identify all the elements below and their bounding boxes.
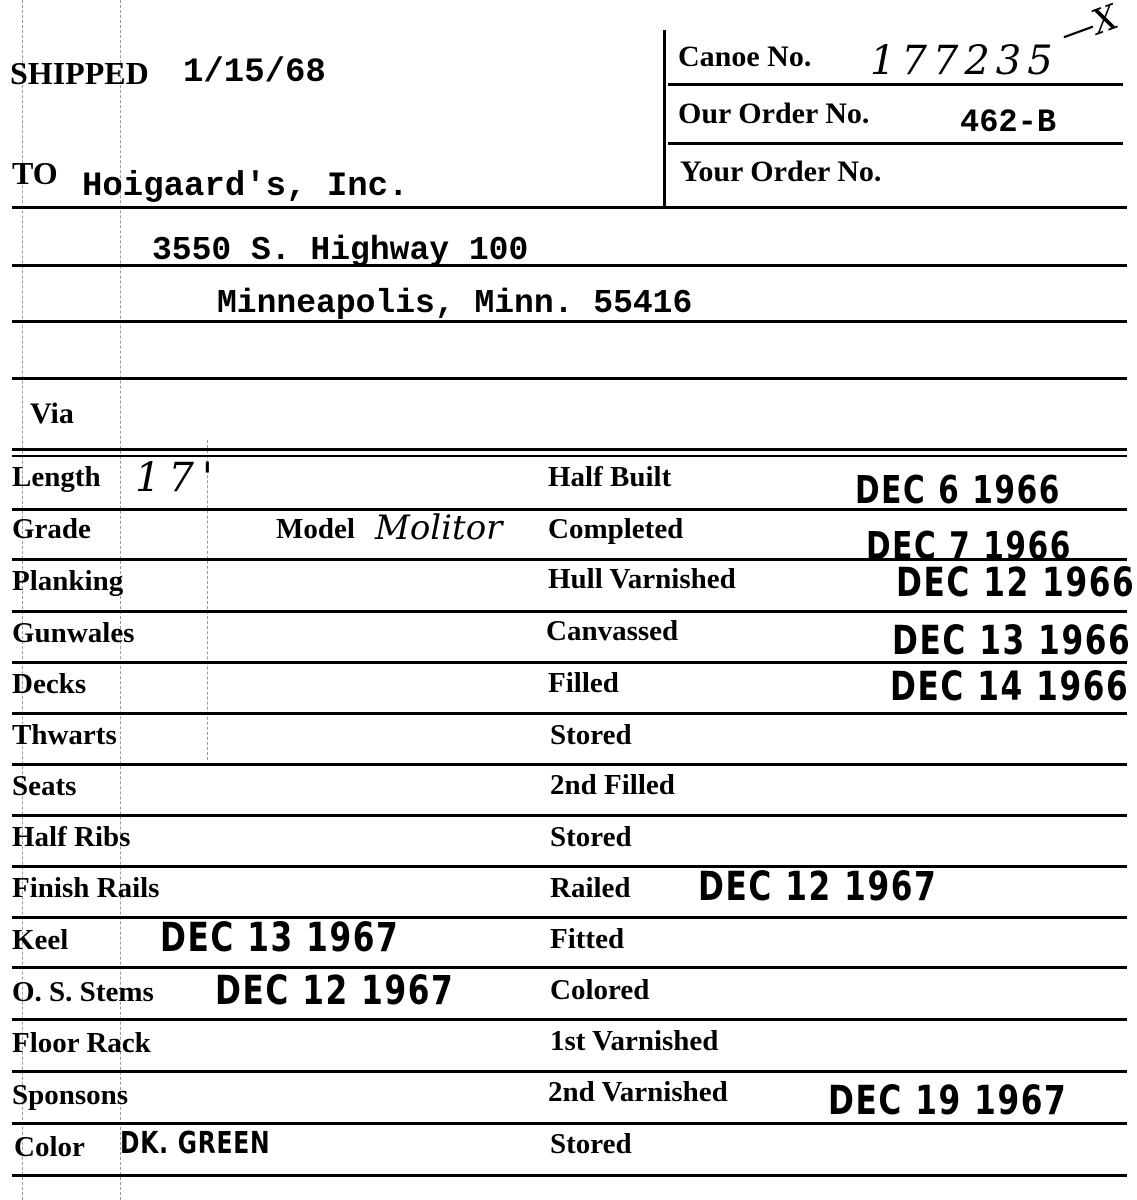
- model-value: Molitor: [375, 508, 502, 548]
- row-rule: [12, 508, 1127, 511]
- address-underline-2: [12, 320, 1127, 323]
- row-rule: [12, 712, 1127, 715]
- row-label-sponsons: Sponsons: [12, 1079, 128, 1112]
- row-rule: [12, 763, 1127, 766]
- row-label-floor-rack: Floor Rack: [12, 1027, 151, 1060]
- to-name: Hoigaard's, Inc.: [82, 168, 408, 206]
- row-label-filled: Filled: [548, 667, 619, 700]
- via-label: Via: [30, 397, 74, 431]
- row-rule: [12, 1018, 1127, 1021]
- row-label-keel: Keel: [12, 924, 68, 957]
- row-label-hull-varnished: Hull Varnished: [548, 563, 736, 596]
- row-label-half-ribs: Half Ribs: [12, 821, 130, 854]
- row-rule: [12, 916, 1127, 919]
- to-underline: [12, 206, 1127, 209]
- row-label-stored-3: Stored: [550, 1128, 632, 1161]
- row-rule: [12, 1174, 1127, 1177]
- half-built-date-stamp: DEC 6 1966: [855, 468, 1061, 512]
- hull-varnished-date-stamp: DEC 12 1966: [896, 560, 1135, 606]
- 2nd-varnished-date-stamp: DEC 19 1967: [828, 1078, 1067, 1124]
- address-underline-1: [12, 264, 1127, 267]
- row-label-thwarts: Thwarts: [12, 719, 117, 752]
- shipped-date: 1/15/68: [183, 54, 326, 92]
- address-line-2: Minneapolis, Minn. 55416: [217, 285, 692, 322]
- row-rule: [12, 1070, 1127, 1073]
- canoe-no-check-mark: —X: [1055, 0, 1123, 55]
- row-label-stored-2: Stored: [550, 821, 632, 854]
- shipped-label: SHIPPED: [10, 55, 149, 92]
- our-order-underline: [668, 142, 1123, 145]
- to-label: TO: [12, 155, 58, 192]
- model-label: Model: [276, 513, 355, 546]
- color-stamp: DK. GREEN: [120, 1126, 270, 1161]
- length-value: 17': [135, 455, 221, 501]
- row-label-canvassed: Canvassed: [546, 615, 678, 648]
- row-label-gunwales: Gunwales: [12, 617, 134, 650]
- row-label-finish-rails: Finish Rails: [12, 872, 159, 905]
- row-rule: [12, 814, 1127, 817]
- row-label-grade: Grade: [12, 513, 91, 546]
- row-rule: [12, 865, 1127, 868]
- row-rule: [12, 661, 1127, 664]
- row-label-2nd-filled: 2nd Filled: [550, 769, 675, 802]
- canoe-no-label: Canoe No.: [678, 40, 811, 74]
- row-label-railed: Railed: [550, 872, 631, 905]
- row-rule: [12, 1122, 1127, 1125]
- row-label-1st-varnished: 1st Varnished: [550, 1025, 718, 1058]
- row-label-stored-1: Stored: [550, 719, 632, 752]
- row-label-os-stems: O. S. Stems: [12, 976, 154, 1009]
- row-rule: [12, 558, 1127, 561]
- row-rule: [12, 966, 1127, 969]
- our-order-label: Our Order No.: [678, 97, 869, 131]
- os-stems-date-stamp: DEC 12 1967: [215, 968, 454, 1014]
- canvassed-date-stamp: DEC 13 1966: [892, 618, 1131, 664]
- row-label-seats: Seats: [12, 770, 76, 803]
- canoe-no-value: 177235: [870, 38, 1059, 84]
- row-label-half-built: Half Built: [548, 461, 671, 494]
- address-underline-3: [12, 377, 1127, 380]
- row-rule: [12, 610, 1127, 613]
- keel-date-stamp: DEC 13 1967: [160, 915, 399, 961]
- row-label-completed: Completed: [548, 513, 683, 546]
- row-label-colored: Colored: [550, 974, 649, 1007]
- row-label-fitted: Fitted: [550, 923, 624, 956]
- canoe-build-record-card: SHIPPED 1/15/68 TO Hoigaard's, Inc. 3550…: [0, 0, 1137, 1200]
- via-underline: [12, 448, 1127, 451]
- row-label-planking: Planking: [12, 565, 123, 598]
- your-order-label: Your Order No.: [680, 155, 881, 189]
- filled-date-stamp: DEC 14 1966: [890, 664, 1129, 710]
- railed-date-stamp: DEC 12 1967: [698, 864, 937, 910]
- row-label-color: Color: [14, 1131, 85, 1164]
- order-box-divider: [663, 30, 666, 206]
- our-order-value: 462-B: [960, 104, 1056, 141]
- row-label-2nd-varnished: 2nd Varnished: [548, 1076, 728, 1109]
- row-label-length: Length: [12, 461, 101, 494]
- canoe-no-underline: [668, 83, 1123, 86]
- row-label-decks: Decks: [12, 668, 86, 701]
